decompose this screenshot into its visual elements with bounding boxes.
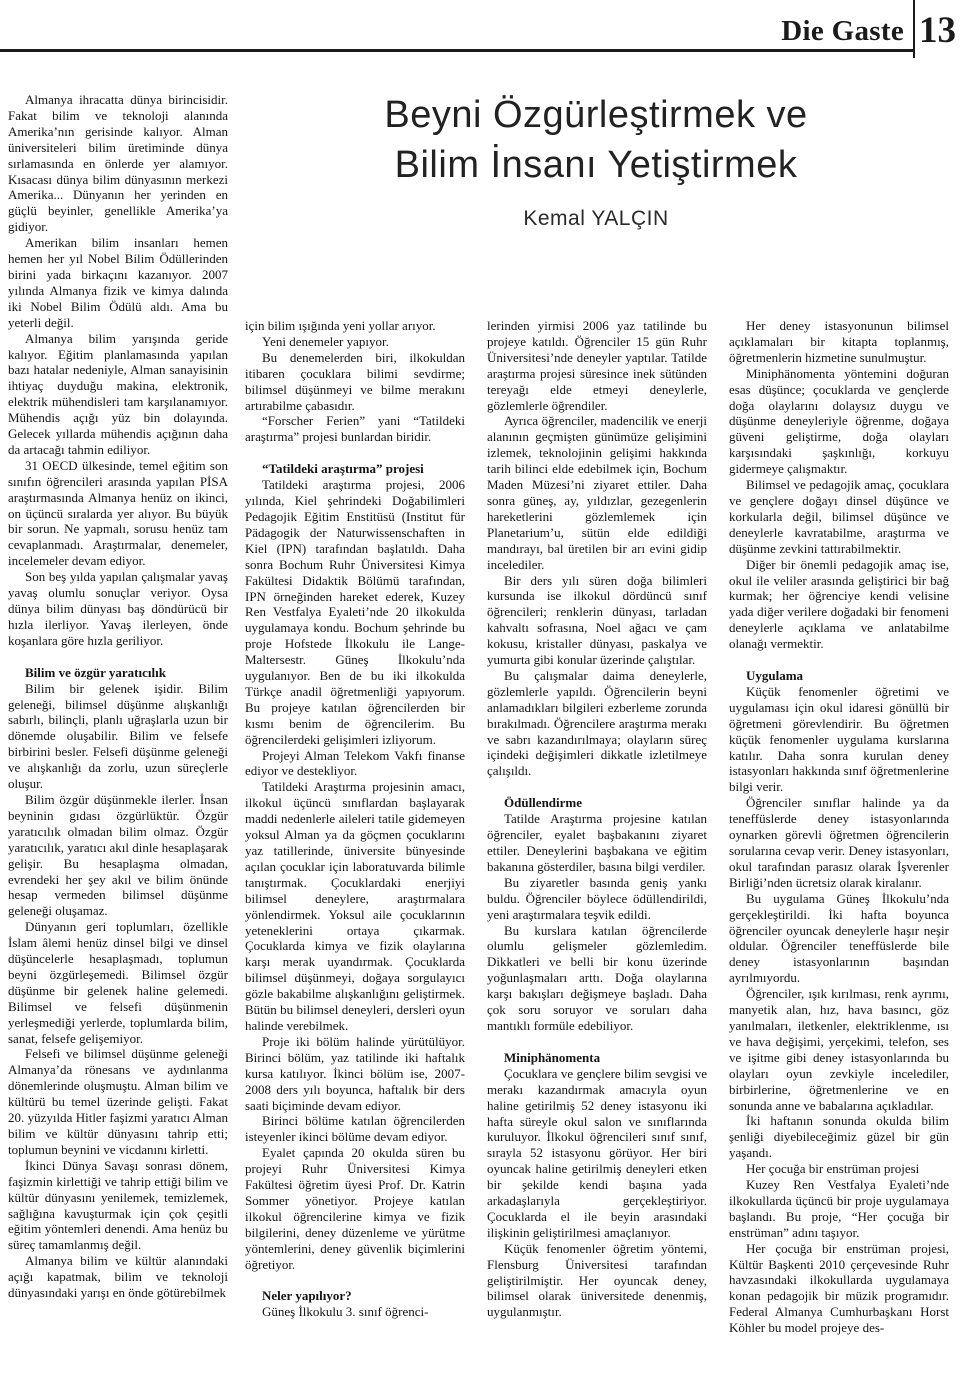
body-paragraph: “Forscher Ferien” yani “Tatildeki araştı… (245, 413, 465, 445)
body-paragraph: Almanya bilim ve kültür alanındaki açığı… (8, 1253, 228, 1301)
body-paragraph: Çocuklara ve gençlere bilim sevgisi ve m… (487, 1066, 707, 1241)
body-paragraph: Son beş yılda yapılan çalışmalar yavaş y… (8, 569, 228, 649)
body-paragraph: Her çocuğa bir enstrüman projesi (729, 1161, 949, 1177)
article-title-line-1: Beyni Özgürleştirmek ve (384, 94, 807, 136)
page-number: 13 (915, 12, 960, 50)
body-paragraph: Diğer bir önemli pedagojik amaç ise, oku… (729, 557, 949, 652)
body-paragraph: Almanya ihracatta dünya birincisidir. Fa… (8, 92, 228, 235)
body-paragraph: Bu uygulama Güneş İlkokulu’nda gerçekleş… (729, 891, 949, 986)
body-paragraph: Almanya bilim yarışında geride kalıyor. … (8, 331, 228, 458)
article-title: Beyni Özgürleştirmek veBilim İnsanı Yeti… (245, 90, 947, 190)
body-paragraph: Güneş İlkokulu 3. sınıf öğrenci- (245, 1304, 465, 1320)
text-column-1: Almanya ihracatta dünya birincisidir. Fa… (8, 92, 228, 1373)
body-paragraph: Tatilde Araştırma projesine katılan öğre… (487, 811, 707, 875)
section-heading: Neler yapılıyor? (245, 1288, 465, 1304)
section-heading: Uygulama (729, 668, 949, 684)
publication-name: Die Gaste (0, 16, 904, 46)
body-paragraph: İki haftanın sonunda okulda bilim şenliğ… (729, 1113, 949, 1161)
body-paragraph: Bu kurslara katılan öğrencilerde olumlu … (487, 923, 707, 1034)
body-paragraph: 31 OECD ülkesinde, temel eğitim son sını… (8, 458, 228, 569)
body-paragraph: Birinci bölüme katılan öğrencilerden ist… (245, 1113, 465, 1145)
article-title-block: Beyni Özgürleştirmek veBilim İnsanı Yeti… (245, 90, 947, 231)
body-paragraph: Bir ders yılı süren doğa bilimleri kursu… (487, 573, 707, 668)
body-paragraph: Miniphänomenta yöntemini doğuran esas dü… (729, 366, 949, 477)
body-paragraph: Küçük fenomenler öğretimi ve uygulaması … (729, 684, 949, 795)
body-paragraph: Projeyi Alman Telekom Vakfı finanse ediy… (245, 748, 465, 780)
body-paragraph: Öğrenciler sınıflar halinde ya da teneff… (729, 795, 949, 890)
body-paragraph: İkinci Dünya Savaşı sonrası dönem, faşiz… (8, 1158, 228, 1253)
text-column-4: Her deney istasyonunun bilimsel açıklama… (729, 318, 949, 1373)
body-paragraph: Tatildeki araştırma projesi, 2006 yılınd… (245, 477, 465, 747)
body-paragraph: Proje iki bölüm halinde yürütülüyor. Bir… (245, 1034, 465, 1114)
body-paragraph: Ayrıca öğrenciler, madencilik ve enerji … (487, 413, 707, 572)
section-heading: Bilim ve özgür yaratıcılık (8, 665, 228, 681)
section-heading: Miniphänomenta (487, 1050, 707, 1066)
body-paragraph: Yeni denemeler yapıyor. (245, 334, 465, 350)
text-column-3: lerinden yirmisi 2006 yaz tatilinde bu p… (487, 318, 707, 1373)
body-paragraph: Her deney istasyonunun bilimsel açıklama… (729, 318, 949, 366)
body-paragraph: için bilim ışığında yeni yollar arıyor. (245, 318, 465, 334)
text-column-2: için bilim ışığında yeni yollar arıyor.Y… (245, 318, 465, 1373)
section-heading: “Tatildeki araştırma” projesi (245, 461, 465, 477)
body-paragraph: Eyalet çapında 20 okulda süren bu projey… (245, 1145, 465, 1272)
body-paragraph: Amerikan bilim insanları hemen hemen her… (8, 235, 228, 330)
body-paragraph: Bilim bir gelenek işidir. Bilim geleneği… (8, 681, 228, 792)
body-paragraph: Bilimsel ve pedagojik amaç, çocuklara ve… (729, 477, 949, 557)
body-paragraph: lerinden yirmisi 2006 yaz tatilinde bu p… (487, 318, 707, 413)
newspaper-page: Die Gaste 13 Beyni Özgürleştirmek veBili… (0, 0, 960, 1373)
body-paragraph: Kuzey Ren Vestfalya Eyaleti’nde ilkokull… (729, 1177, 949, 1241)
body-paragraph: Öğrenciler, ışık kırılması, renk ayrımı,… (729, 986, 949, 1113)
masthead-rule (0, 49, 913, 52)
article-author: Kemal YALÇIN (245, 207, 947, 231)
body-paragraph: Her çocuğa bir enstrüman projesi, Kültür… (729, 1241, 949, 1336)
body-paragraph: Felsefi ve bilimsel düşünme geleneği Alm… (8, 1046, 228, 1157)
body-paragraph: Dünyanın geri toplumları, özellikle İsla… (8, 919, 228, 1046)
body-paragraph: Bilim özgür düşünmekle ilerler. İnsan be… (8, 792, 228, 919)
section-heading: Ödüllendirme (487, 795, 707, 811)
body-paragraph: Bu denemelerden biri, ilkokuldan itibare… (245, 350, 465, 414)
body-paragraph: Bu çalışmalar daima deneylerle, gözlemle… (487, 668, 707, 779)
body-paragraph: Küçük fenomenler öğretim yöntemi, Flensb… (487, 1241, 707, 1321)
article-title-line-2: Bilim İnsanı Yetiştirmek (395, 144, 798, 186)
body-paragraph: Bu ziyaretler basında geniş yankı buldu.… (487, 875, 707, 923)
body-paragraph: Tatildeki Araştırma projesinin amacı, il… (245, 779, 465, 1034)
